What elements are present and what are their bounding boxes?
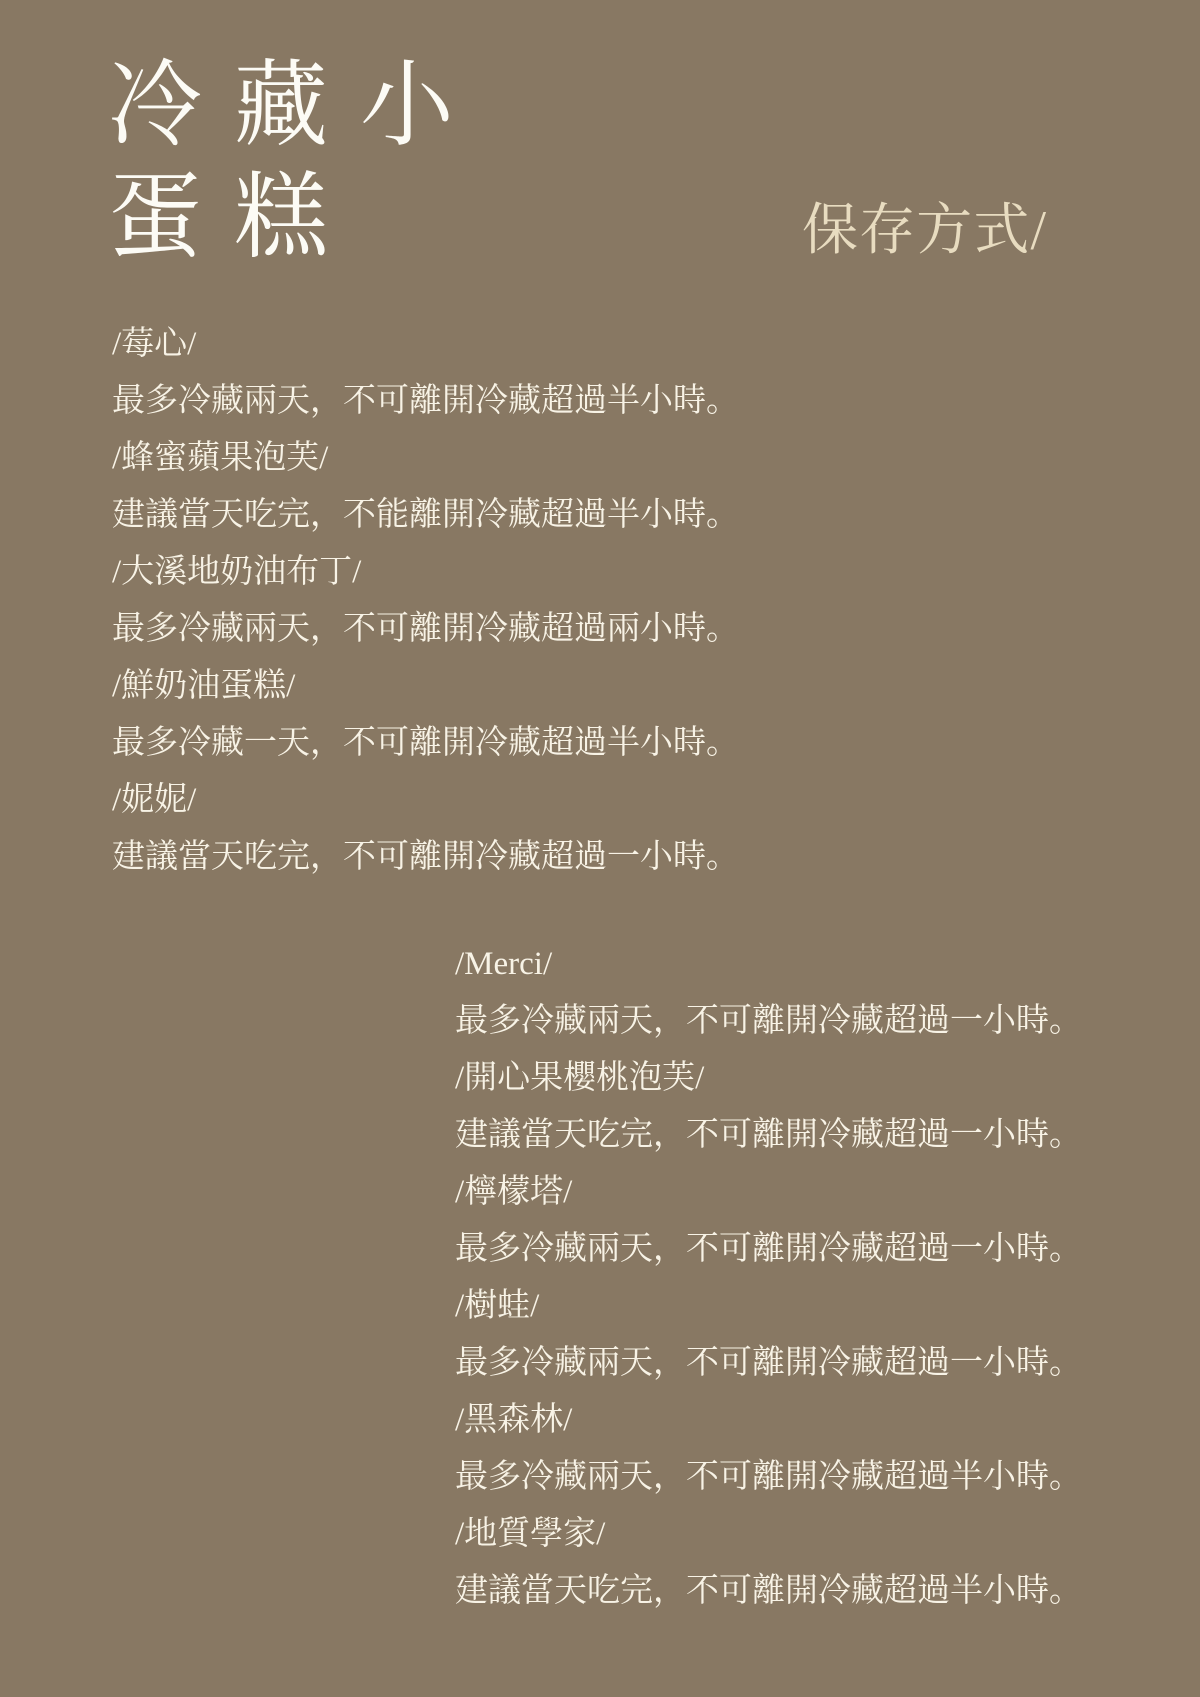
item-name: /莓心/ [112,316,739,373]
page-title-line-1: 冷藏小 [108,50,486,162]
list-item: /莓心/ 最多冷藏兩天，不可離開冷藏超過半小時。 [112,316,739,430]
item-description: 最多冷藏一天，不可離開冷藏超過半小時。 [112,715,739,772]
item-name: /檸檬塔/ [455,1164,1082,1221]
item-description: 建議當天吃完，不能離開冷藏超過半小時。 [112,487,739,544]
list-item: /黑森林/ 最多冷藏兩天，不可離開冷藏超過半小時。 [455,1392,1082,1506]
item-description: 最多冷藏兩天，不可離開冷藏超過半小時。 [455,1449,1082,1506]
item-description: 建議當天吃完，不可離開冷藏超過一小時。 [455,1107,1082,1164]
item-name: /Merci/ [455,936,1082,993]
item-name: /黑森林/ [455,1392,1082,1449]
list-item: /鮮奶油蛋糕/ 最多冷藏一天，不可離開冷藏超過半小時。 [112,658,739,772]
list-item: /檸檬塔/ 最多冷藏兩天，不可離開冷藏超過一小時。 [455,1164,1082,1278]
item-name: /大溪地奶油布丁/ [112,544,739,601]
item-description: 建議當天吃完，不可離開冷藏超過一小時。 [112,829,739,886]
item-description: 最多冷藏兩天，不可離開冷藏超過一小時。 [455,1221,1082,1278]
item-description: 最多冷藏兩天，不可離開冷藏超過一小時。 [455,1335,1082,1392]
item-name: /樹蛙/ [455,1278,1082,1335]
storage-info-poster: 冷藏小 蛋糕 保存方式/ /莓心/ 最多冷藏兩天，不可離開冷藏超過半小時。 /蜂… [0,0,1200,1697]
item-description: 最多冷藏兩天，不可離開冷藏超過半小時。 [112,373,739,430]
item-description: 建議當天吃完，不可離開冷藏超過半小時。 [455,1563,1082,1620]
page-title-line-2: 蛋糕 [108,162,486,274]
page-title: 冷藏小 蛋糕 [108,50,486,274]
item-description: 最多冷藏兩天，不可離開冷藏超過一小時。 [455,993,1082,1050]
list-item: /Merci/ 最多冷藏兩天，不可離開冷藏超過一小時。 [455,936,1082,1050]
list-item: /妮妮/ 建議當天吃完，不可離開冷藏超過一小時。 [112,772,739,886]
list-item: /蜂蜜蘋果泡芙/ 建議當天吃完，不能離開冷藏超過半小時。 [112,430,739,544]
list-item: /大溪地奶油布丁/ 最多冷藏兩天，不可離開冷藏超過兩小時。 [112,544,739,658]
right-column: /Merci/ 最多冷藏兩天，不可離開冷藏超過一小時。 /開心果櫻桃泡芙/ 建議… [455,936,1082,1620]
left-column: /莓心/ 最多冷藏兩天，不可離開冷藏超過半小時。 /蜂蜜蘋果泡芙/ 建議當天吃完… [112,316,739,886]
item-description: 最多冷藏兩天，不可離開冷藏超過兩小時。 [112,601,739,658]
item-name: /蜂蜜蘋果泡芙/ [112,430,739,487]
list-item: /樹蛙/ 最多冷藏兩天，不可離開冷藏超過一小時。 [455,1278,1082,1392]
item-name: /妮妮/ [112,772,739,829]
item-name: /地質學家/ [455,1506,1082,1563]
list-item: /開心果櫻桃泡芙/ 建議當天吃完，不可離開冷藏超過一小時。 [455,1050,1082,1164]
list-item: /地質學家/ 建議當天吃完，不可離開冷藏超過半小時。 [455,1506,1082,1620]
section-heading: 保存方式/ [802,198,1047,265]
item-name: /開心果櫻桃泡芙/ [455,1050,1082,1107]
item-name: /鮮奶油蛋糕/ [112,658,739,715]
